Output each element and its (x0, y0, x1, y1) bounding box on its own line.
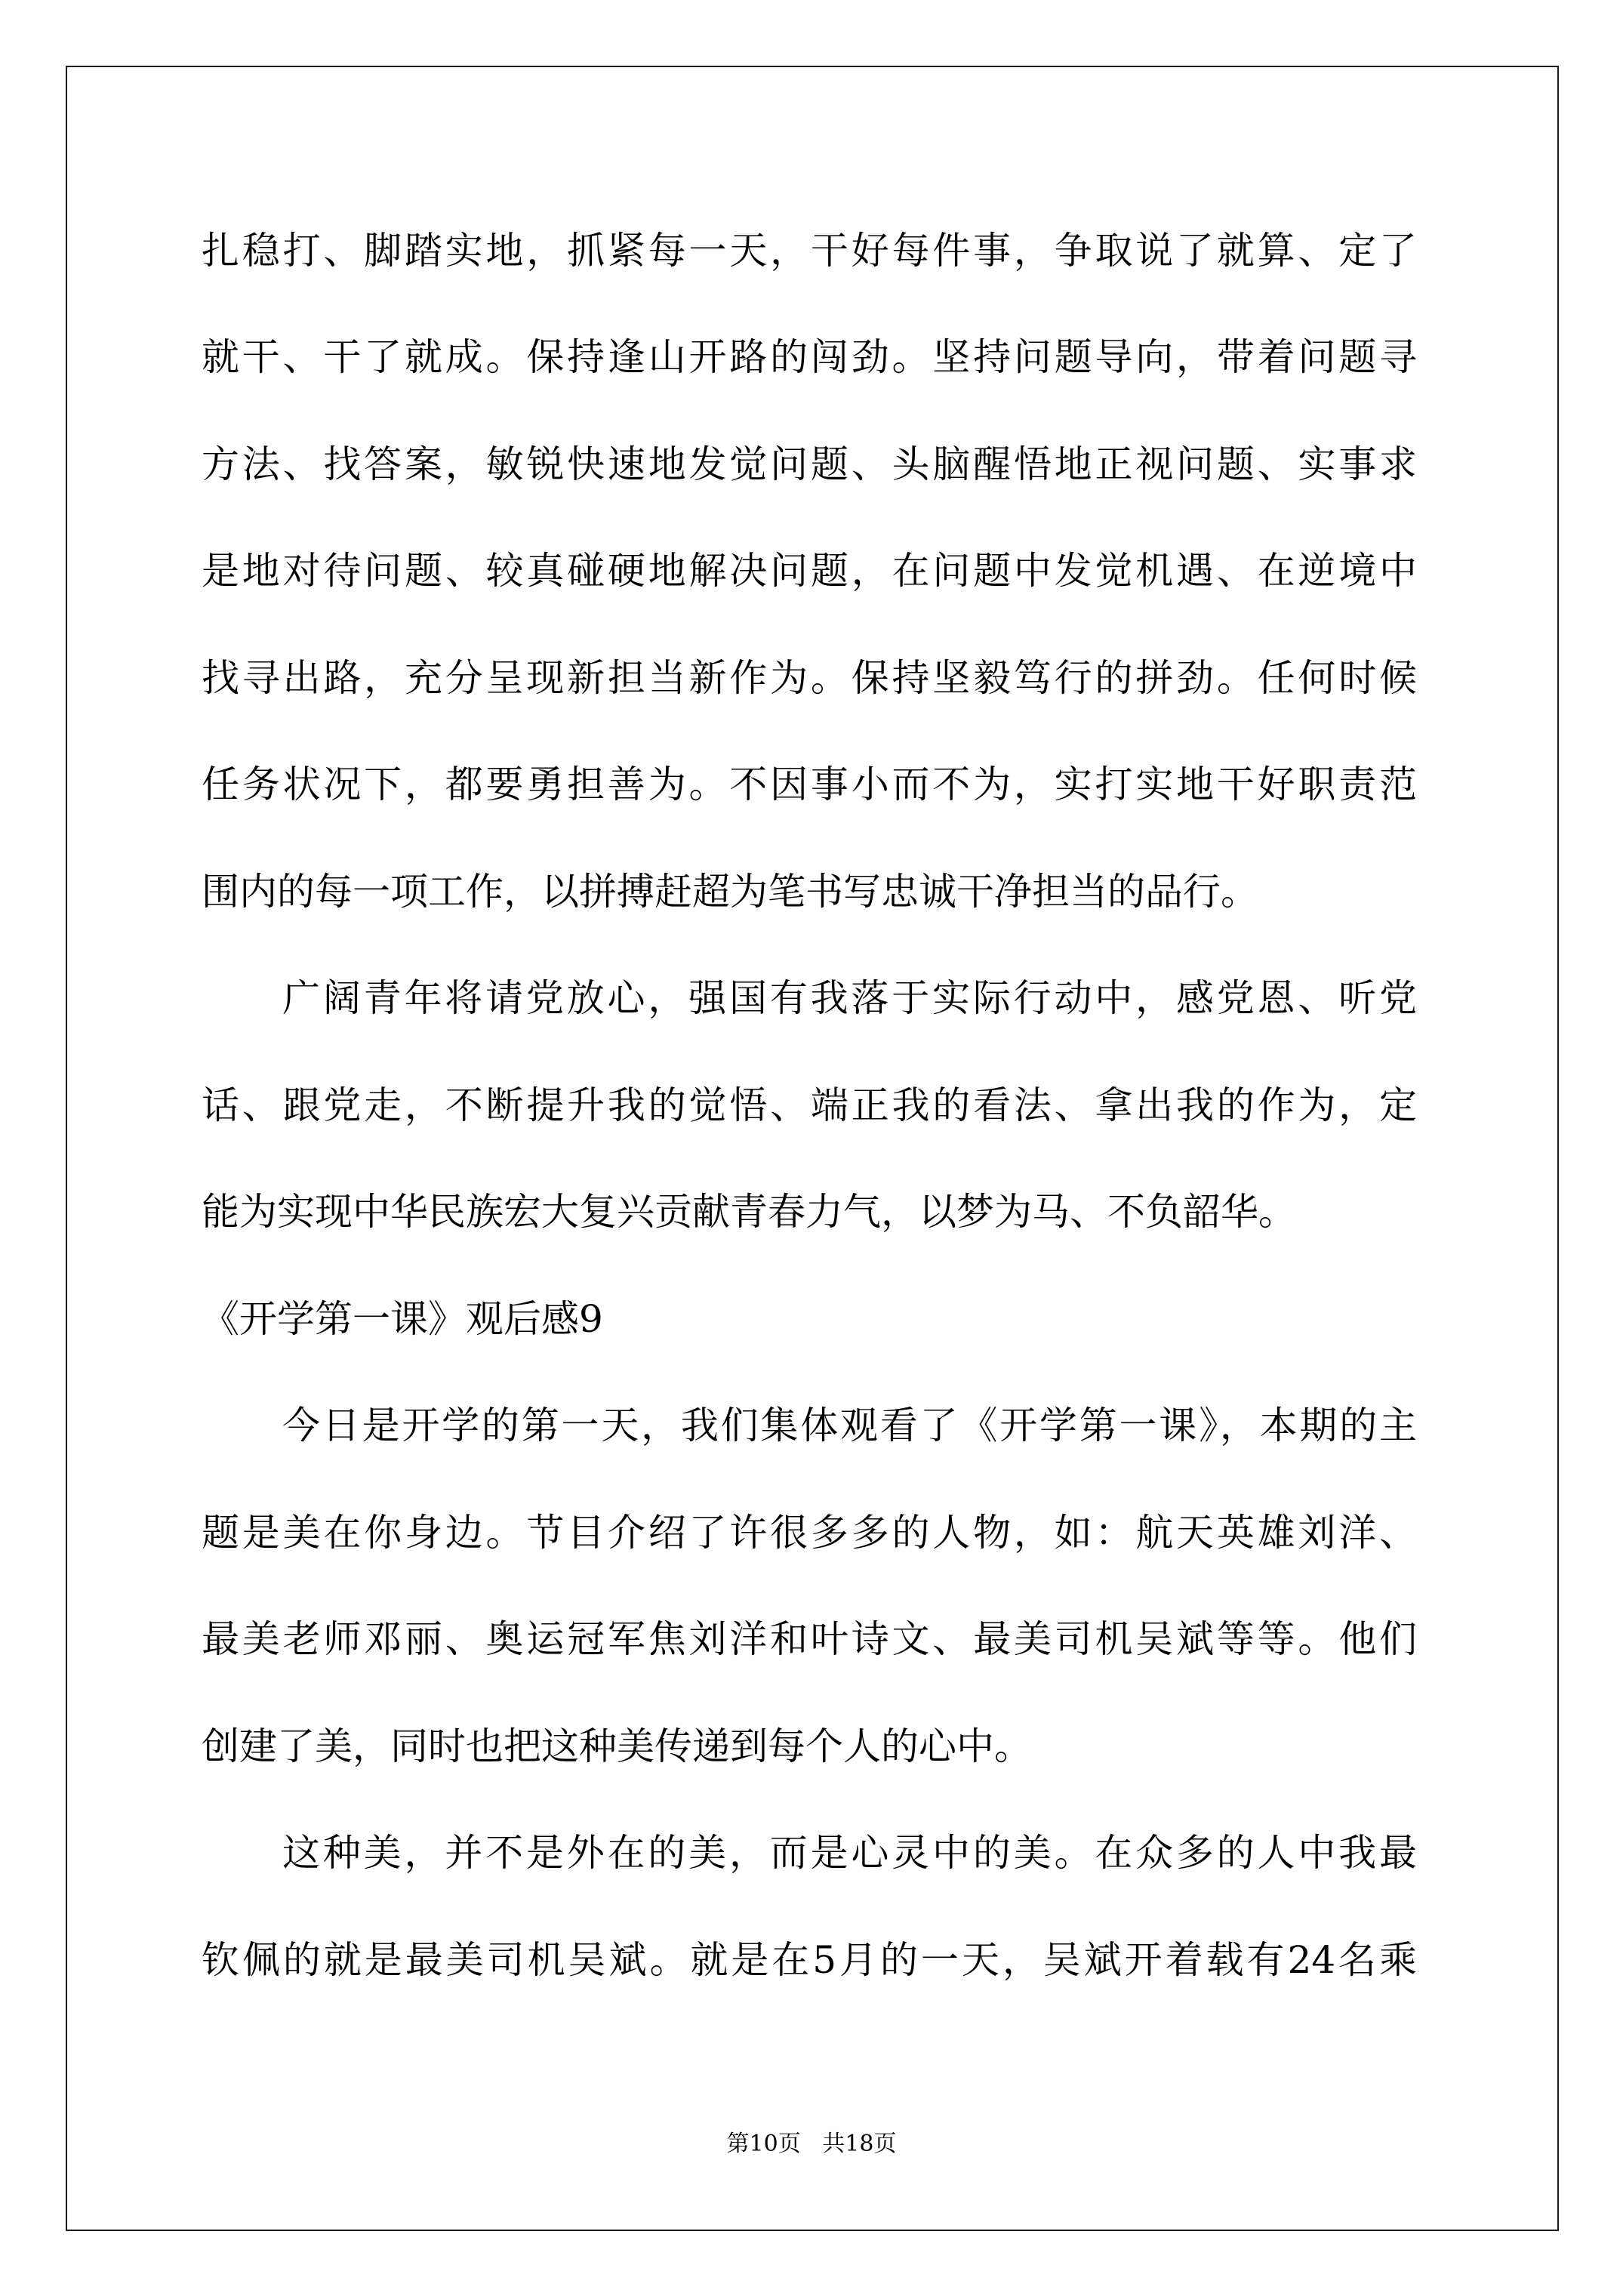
paragraph-line: 围内的每一项工作，以拼搏赶超为笔书写忠诚干净担当的品行。 (202, 871, 1417, 912)
paragraph-first-line: 这种美，并不是外在的美，而是心灵中的美。在众多的人中我最 (202, 1832, 1417, 1873)
paragraph-line: 是地对待问题、较真碰硬地解决问题，在问题中发觉机遇、在逆境中 (202, 550, 1417, 591)
paragraph-first-line: 广阔青年将请党放心，强国有我落于实际行动中，感党恩、听党 (202, 978, 1417, 1019)
section-heading: 《开学第一课》观后感9 (202, 1299, 1417, 1339)
paragraph-line: 任务状况下，都要勇担善为。不因事小而不为，实打实地干好职责范 (202, 764, 1417, 805)
page-border (66, 66, 1559, 2231)
paragraph-line: 题是美在你身边。节目介绍了许很多多的人物，如：航天英雄刘洋、 (202, 1512, 1417, 1553)
paragraph-line: 找寻出路，充分呈现新担当新作为。保持坚毅笃行的拼劲。任何时候 (202, 658, 1417, 698)
paragraph-line: 就干、干了就成。保持逢山开路的闯劲。坚持问题导向，带着问题寻 (202, 337, 1417, 378)
paragraph-line: 话、跟党走，不断提升我的觉悟、端正我的看法、拿出我的作为，定 (202, 1085, 1417, 1126)
paragraph-first-line: 今日是开学的第一天，我们集体观看了《开学第一课》，本期的主 (202, 1405, 1417, 1446)
paragraph-line: 钦佩的就是最美司机吴斌。就是在5月的一天，吴斌开着载有24名乘 (202, 1940, 1417, 1980)
paragraph-line: 创建了美，同时也把这种美传递到每个人的心中。 (202, 1726, 1417, 1767)
paragraph-line: 方法、找答案，敏锐快速地发觉问题、头脑醒悟地正视问题、实事求 (202, 444, 1417, 485)
paragraph-line: 能为实现中华民族宏大复兴贡献青春力气，以梦为马、不负韶华。 (202, 1191, 1417, 1232)
page-number-footer: 第10页 共18页 (0, 2131, 1623, 2158)
paragraph-line: 最美老师邓丽、奥运冠军焦刘洋和叶诗文、最美司机吴斌等等。他们 (202, 1619, 1417, 1660)
paragraph-line: 扎稳打、脚踏实地，抓紧每一天，干好每件事，争取说了就算、定了 (202, 230, 1417, 271)
